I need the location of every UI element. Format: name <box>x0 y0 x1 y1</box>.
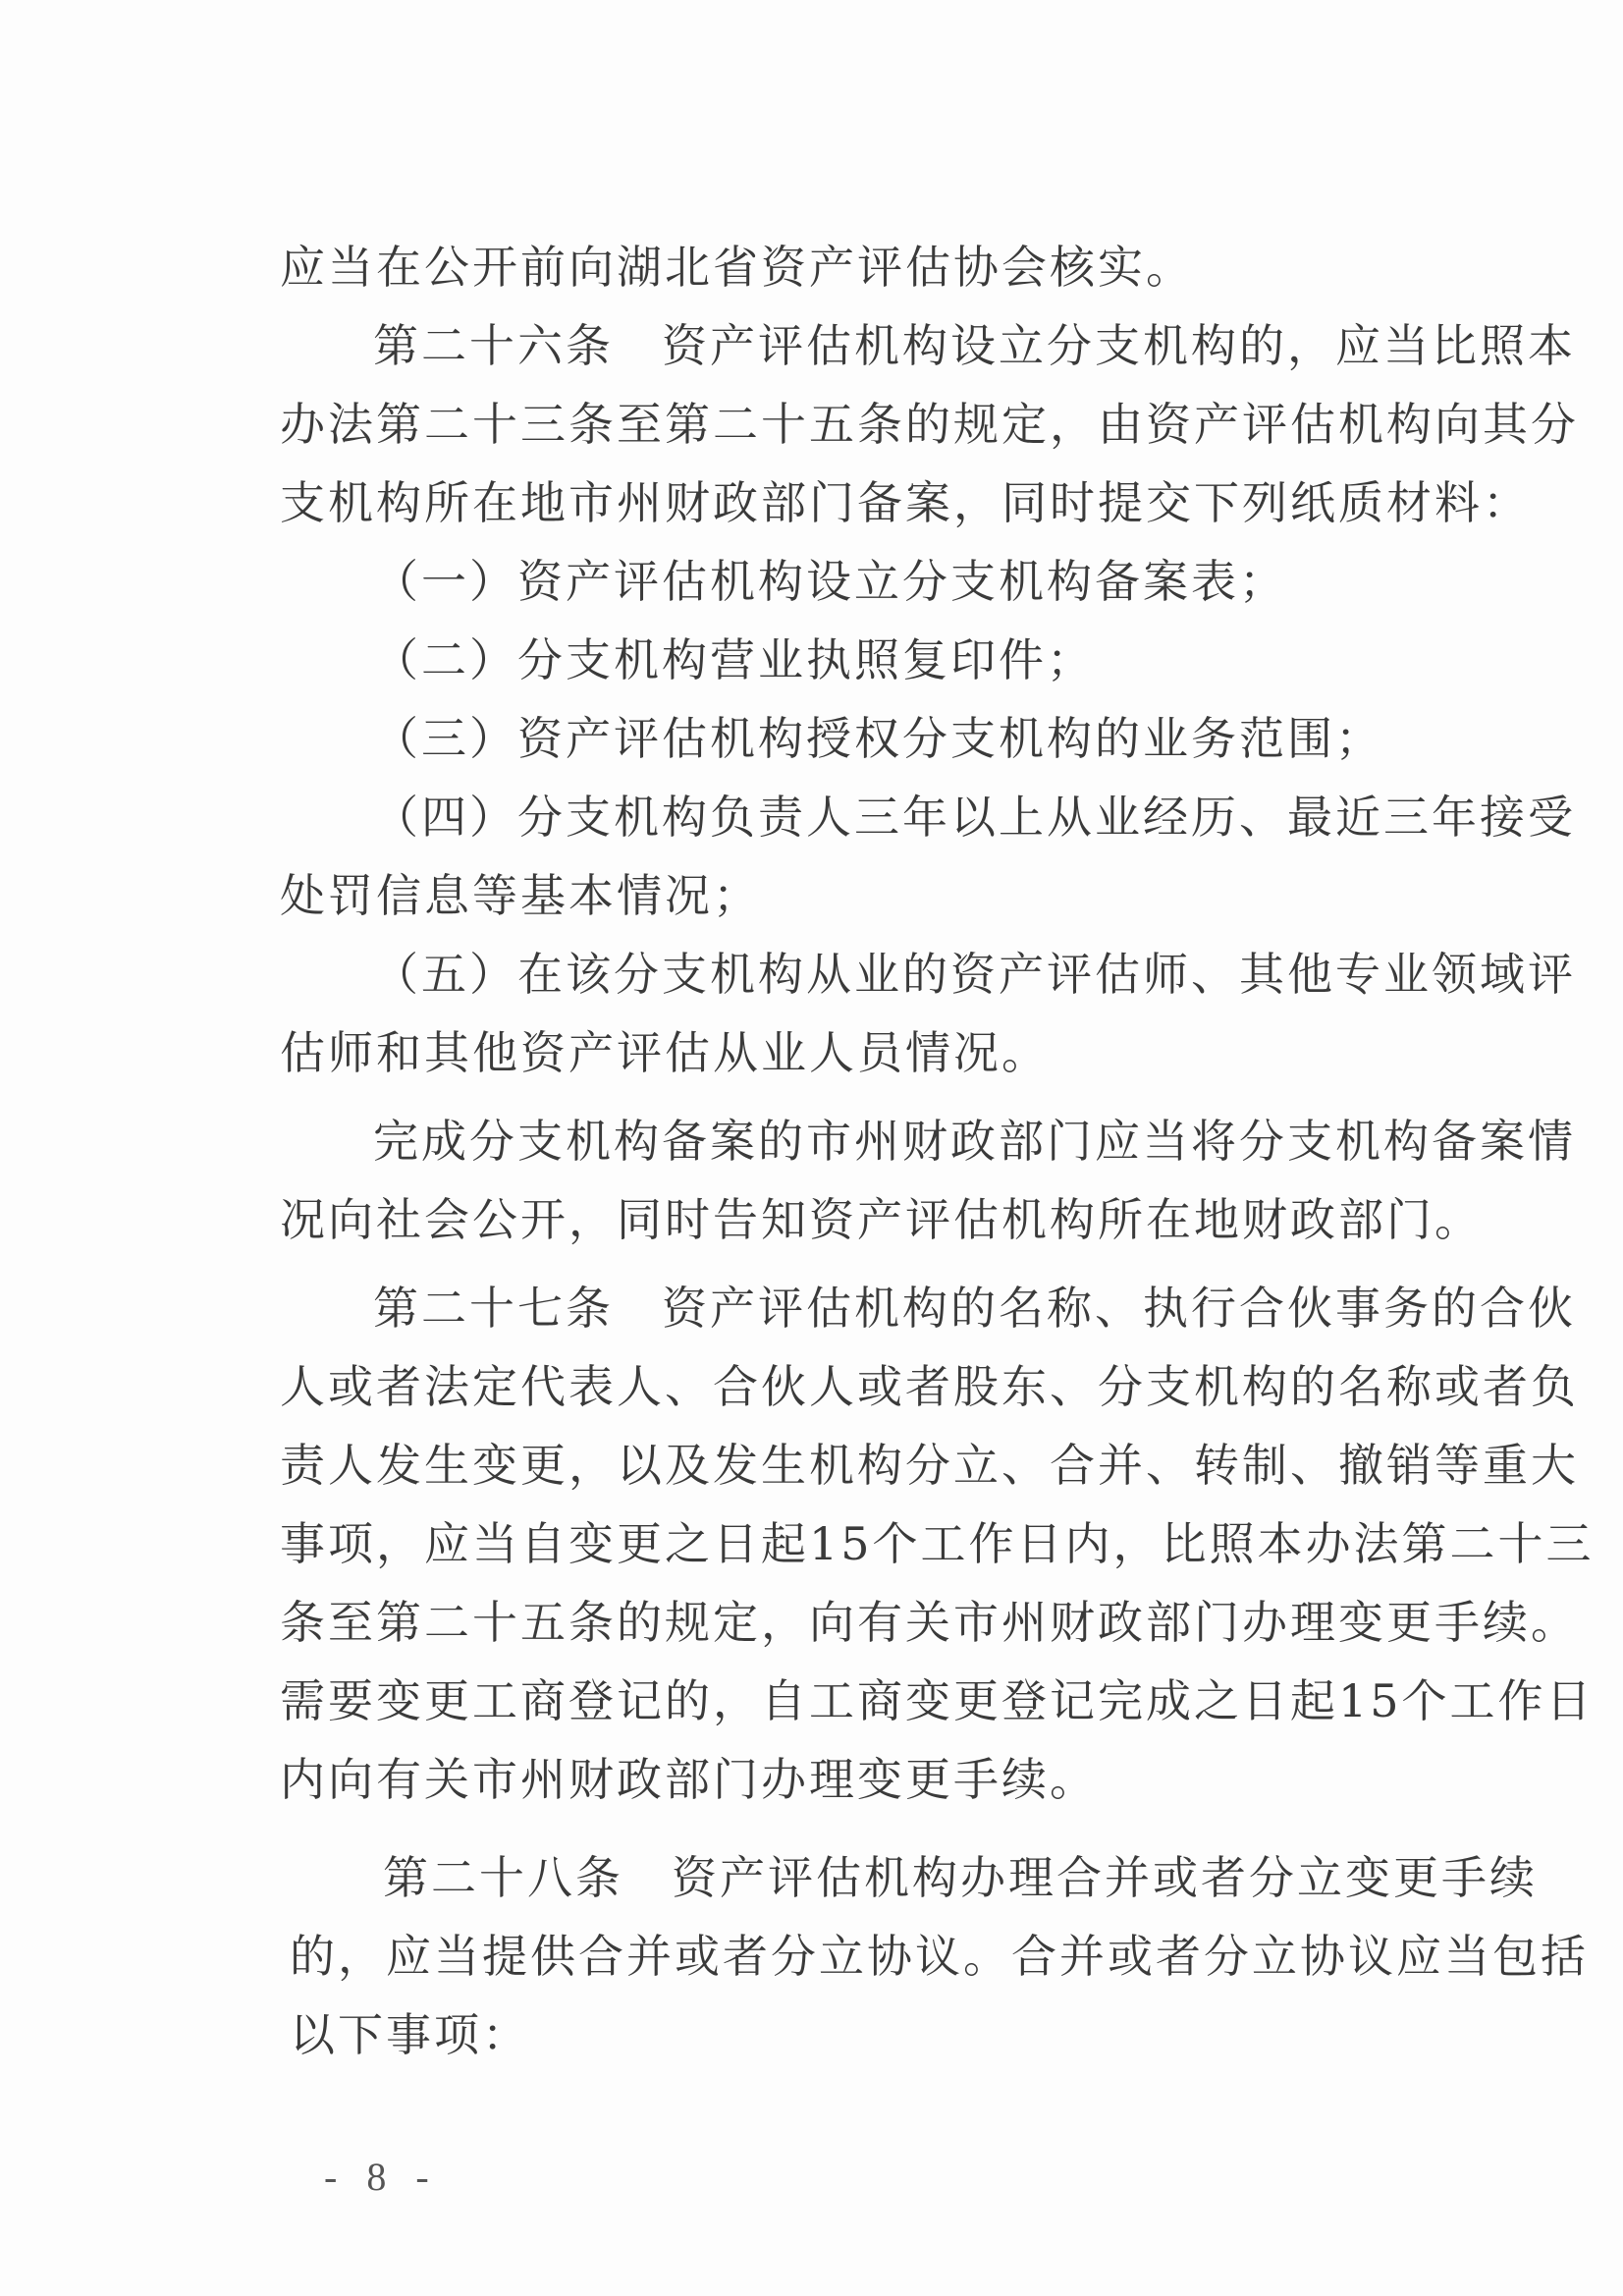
text-line: 处罚信息等基本情况； <box>280 866 761 925</box>
list-item: （二）分支机构营业执照复印件； <box>373 630 1095 689</box>
text-line: 支机构所在地市州财政部门备案，同时提交下列纸质材料： <box>280 473 1531 532</box>
text-line: 应当在公开前向湖北省资产评估协会核实。 <box>280 238 1194 297</box>
list-item: （五）在该分支机构从业的资产评估师、其他专业领域评 <box>373 945 1576 1004</box>
article-27-heading: 第二十七条 资产评估机构的名称、执行合伙事务的合伙 <box>373 1279 1576 1338</box>
list-item: （三）资产评估机构授权分支机构的业务范围； <box>373 709 1383 768</box>
text-line: 条至第二十五条的规定，向有关市州财政部门办理变更手续。 <box>280 1593 1579 1652</box>
text-line: 的，应当提供合并或者分立协议。合并或者分立协议应当包括 <box>290 1927 1589 1986</box>
text-line: 需要变更工商登记的，自工商变更登记完成之日起15个工作日 <box>280 1671 1595 1730</box>
text-line: 完成分支机构备案的市州财政部门应当将分支机构备案情 <box>373 1112 1576 1171</box>
text-line: 以下事项： <box>290 2005 530 2064</box>
text-line: 内向有关市州财政部门办理变更手续。 <box>280 1750 1098 1809</box>
text-line: 估师和其他资产评估从业人员情况。 <box>280 1023 1050 1082</box>
article-26-heading: 第二十六条 资产评估机构设立分支机构的，应当比照本 <box>373 316 1576 375</box>
list-item: （一）资产评估机构设立分支机构备案表； <box>373 552 1287 611</box>
text-line: 人或者法定代表人、合伙人或者股东、分支机构的名称或者负 <box>280 1357 1579 1416</box>
list-item: （四）分支机构负责人三年以上从业经历、最近三年接受 <box>373 788 1576 847</box>
page-number: - 8 - <box>324 2154 439 2200</box>
text-line: 事项，应当自变更之日起15个工作日内，比照本办法第二十三 <box>280 1514 1595 1573</box>
article-28-heading: 第二十八条 资产评估机构办理合并或者分立变更手续 <box>383 1848 1538 1907</box>
text-line: 责人发生变更，以及发生机构分立、合并、转制、撤销等重大 <box>280 1436 1579 1495</box>
text-line: 办法第二十三条至第二十五条的规定，由资产评估机构向其分 <box>280 395 1579 454</box>
text-line: 况向社会公开，同时告知资产评估机构所在地财政部门。 <box>280 1190 1483 1249</box>
document-page: 应当在公开前向湖北省资产评估协会核实。 第二十六条 资产评估机构设立分支机构的，… <box>0 0 1623 2296</box>
